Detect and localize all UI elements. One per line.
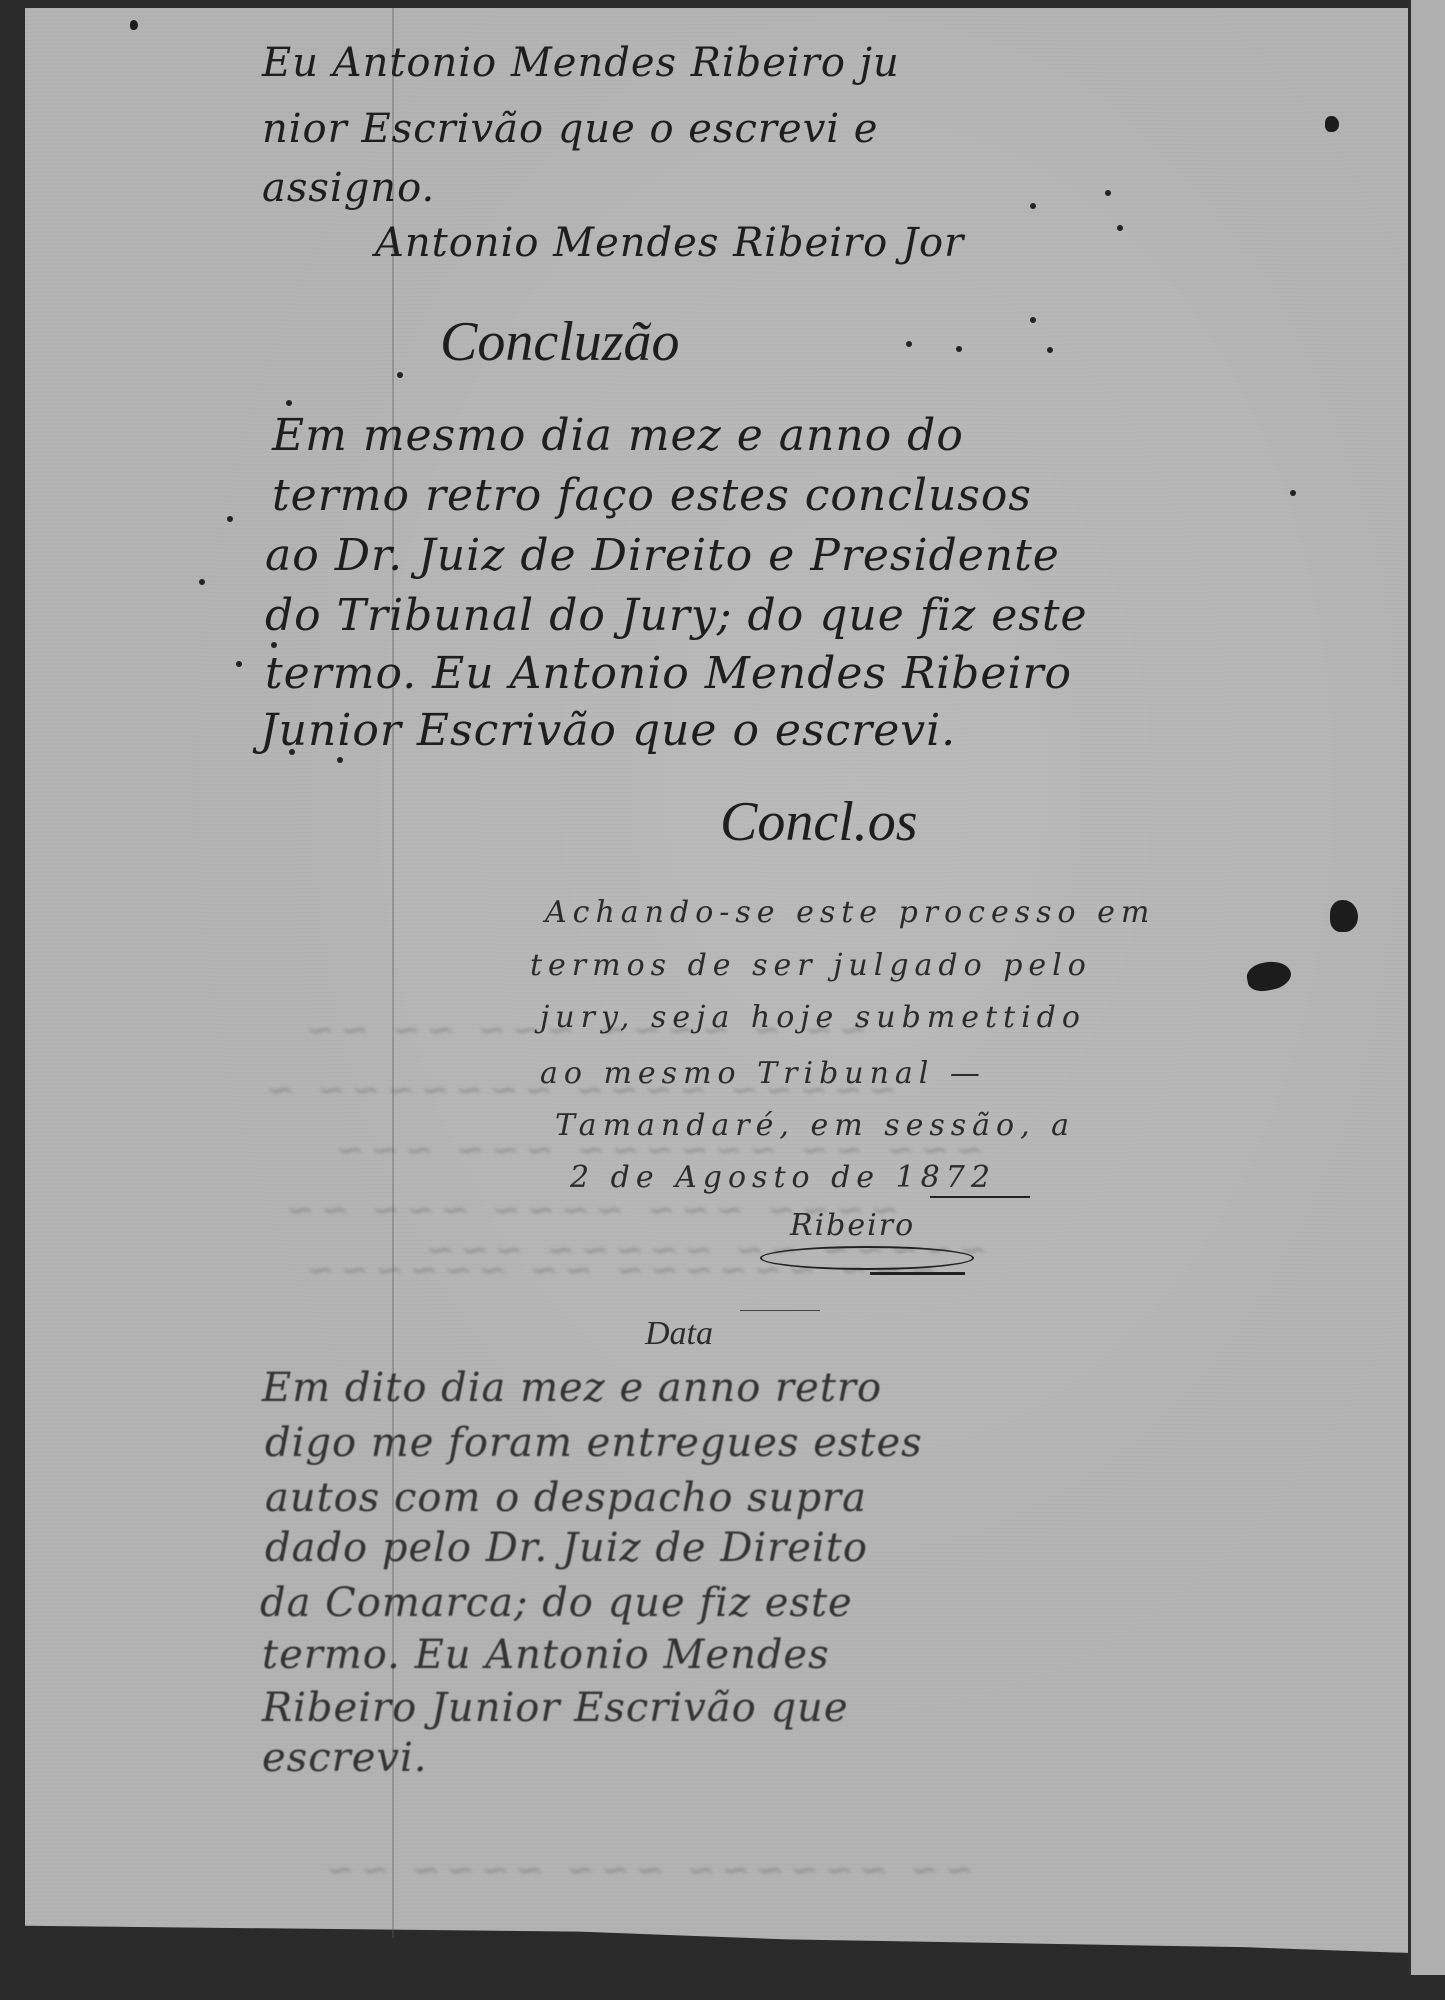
text-line: ao Dr. Juiz de Direito e Presidente: [265, 530, 1060, 581]
signature-underline: [870, 1272, 965, 1275]
ink-blot: [1325, 116, 1339, 132]
section-heading: Data: [645, 1315, 713, 1353]
ink-blot: [1330, 900, 1358, 932]
text-line: Eu Antonio Mendes Ribeiro ju: [262, 40, 900, 86]
text-line: dado pelo Dr. Juiz de Direito: [265, 1525, 868, 1571]
ink-dot: [1117, 225, 1123, 231]
ink-dot: [1047, 347, 1053, 353]
ink-dot: [956, 346, 962, 352]
ink-dot: [236, 661, 242, 667]
page-edge: [1408, 0, 1411, 1975]
text-line: Achando-se este processo em: [545, 895, 1155, 930]
ink-dot: [906, 341, 912, 347]
ink-dot: [337, 757, 343, 763]
date-underline: [930, 1196, 1030, 1198]
text-line: jury, seja hoje submettido: [540, 1000, 1086, 1035]
scribe-signature: Antonio Mendes Ribeiro Jor: [375, 220, 964, 266]
text-line: termos de ser julgado pelo: [530, 948, 1092, 983]
text-line: Em mesmo dia mez e anno do: [272, 410, 964, 461]
text-line: Tamandaré, em sessão, a: [555, 1108, 1075, 1143]
text-line: do Tribunal do Jury; do que fiz este: [265, 590, 1088, 641]
text-line: termo. Eu Antonio Mendes: [262, 1632, 830, 1678]
section-heading: Concluzão: [440, 310, 680, 374]
text-line: Em dito dia mez e anno retro: [262, 1365, 882, 1411]
text-line: autos com o despacho supra: [265, 1475, 867, 1521]
ink-dot: [1030, 203, 1036, 209]
ink-dot: [1030, 317, 1036, 323]
ink-dot: [286, 400, 292, 406]
text-line: escrevi.: [262, 1735, 428, 1781]
text-line: termo retro faço estes conclusos: [272, 470, 1032, 521]
text-line: da Comarca; do que fiz este: [260, 1580, 853, 1626]
dispatch-date: 2 de Agosto de 1872: [570, 1160, 996, 1195]
adjacent-page-strip: [1410, 0, 1445, 1975]
text-line: nior Escrivão que o escrevi e: [262, 106, 878, 152]
text-line: assigno.: [262, 165, 435, 211]
text-line: ao mesmo Tribunal —: [540, 1056, 986, 1091]
judge-signature: Ribeiro: [790, 1208, 915, 1243]
heading-overline: [740, 1310, 820, 1311]
ink-dot: [1290, 490, 1296, 496]
ink-dot: [1105, 190, 1111, 196]
ink-dot: [227, 516, 233, 522]
text-line: Ribeiro Junior Escrivão que: [262, 1685, 849, 1731]
section-heading: Concl.os: [720, 790, 918, 854]
signature-flourish: [760, 1246, 974, 1270]
ink-dot: [397, 372, 403, 378]
text-line: digo me foram entregues estes: [265, 1420, 923, 1466]
text-line: termo. Eu Antonio Mendes Ribeiro: [265, 648, 1072, 699]
text-line: Junior Escrivão que o escrevi.: [260, 705, 956, 756]
ink-speck: [130, 20, 138, 30]
ink-dot: [199, 579, 205, 585]
